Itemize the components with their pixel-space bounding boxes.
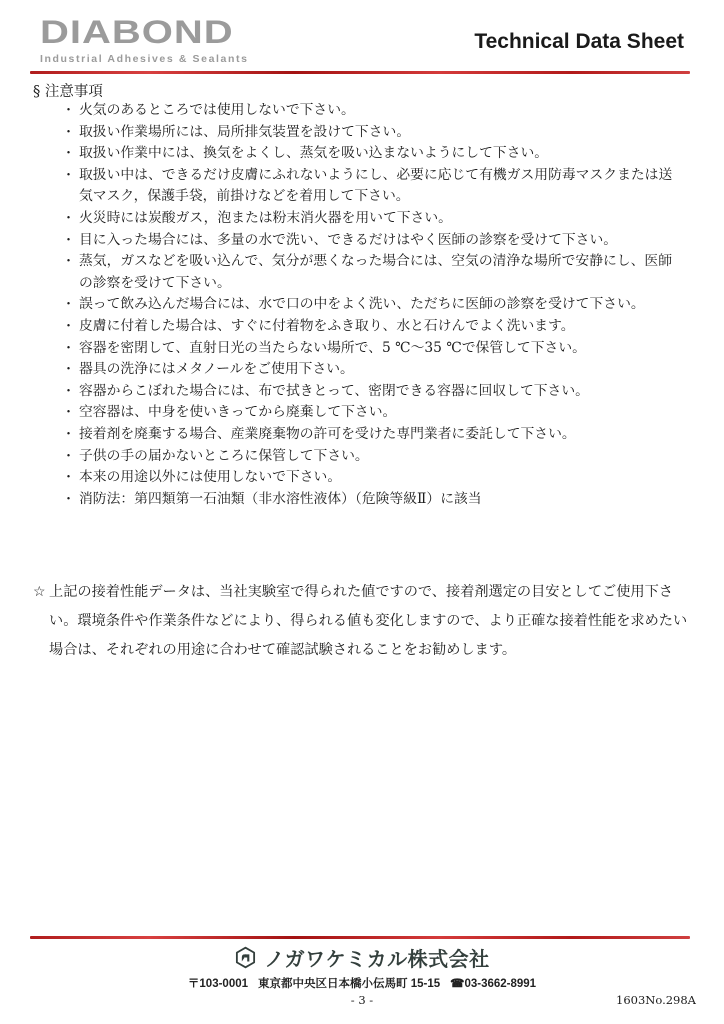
list-item: ・目に入った場合には、多量の水で洗い、できるだけはやく医師の診察を受けて下さい。 [62,230,678,252]
header-divider-rule [30,71,690,74]
list-item-text: 接着剤を廃棄する場合、産業廃棄物の許可を受けた専門業者に委託して下さい。 [79,426,576,442]
list-item-text: 空容器は、中身を使いきってから廃棄して下さい。 [79,404,396,420]
list-item: ・器具の洗浄にはメタノールをご使用下さい。 [62,359,678,381]
advisory-note-text: 上記の接着性能データは、当社実験室で得られた値ですので、接着剤選定の目安としてご… [33,578,695,665]
list-item: ・火気のあるところでは使用しないで下さい。 [62,100,678,122]
diabond-logo-tagline: Industrial Adhesives & Sealants [40,53,249,65]
list-item-text: 子供の手の届かないところに保管して下さい。 [79,448,369,464]
bullet-dot: ・ [62,294,75,316]
list-item-text: 取扱い作業中には、換気をよくし、蒸気を吸い込まないようにして下さい。 [79,145,548,161]
bullet-dot: ・ [62,165,75,187]
list-item-text: 誤って飲み込んだ場合には、水で口の中をよく洗い、ただちに医師の診察を受けて下さい… [79,296,645,312]
document-number: 1603No.298A [616,993,696,1007]
diabond-logo: DIABOND Industrial Adhesives & Sealants [40,16,249,65]
list-item-text: 火気のあるところでは使用しないで下さい。 [79,102,355,118]
bullet-dot: ・ [62,424,75,446]
bullet-dot: ・ [62,402,75,424]
street-address: 東京都中央区日本橋小伝馬町 15-15 [258,978,440,990]
list-item-text: 消防法：第四類第一石油類（非水溶性液体）（危険等級Ⅱ）に該当 [79,491,482,507]
footer-company-row: ノガワケミカル株式会社 [0,943,724,972]
list-item: ・蒸気，ガスなどを吸い込んで、気分が悪くなった場合には、空気の清浄な場所で安静に… [62,251,678,294]
list-item: ・火災時には炭酸ガス，泡または粉末消火器を用いて下さい。 [62,208,678,230]
list-item: ・本来の用途以外には使用しないで下さい。 [62,467,678,489]
list-item: ・誤って飲み込んだ場合には、水で口の中をよく洗い、ただちに医師の診察を受けて下さ… [62,294,678,316]
nogawa-hexagon-logo-icon [234,946,257,969]
list-item-text: 取扱い作業場所には、局所排気装置を設けて下さい。 [79,124,410,140]
bullet-dot: ・ [62,316,75,338]
footer-company-name: ノガワケミカル株式会社 [264,943,489,972]
list-item: ・消防法：第四類第一石油類（非水溶性液体）（危険等級Ⅱ）に該当 [62,489,678,511]
star-marker-icon: ☆ [33,578,46,607]
technical-data-sheet-page: DIABOND Industrial Adhesives & Sealants … [0,0,724,1024]
bullet-dot: ・ [62,467,75,489]
list-item: ・皮膚に付着した場合は、すぐに付着物をふき取り、水と石けんでよく洗います。 [62,316,678,338]
footer-divider-rule [30,936,690,939]
list-item: ・接着剤を廃棄する場合、産業廃棄物の許可を受けた専門業者に委託して下さい。 [62,424,678,446]
phone-icon: ☎ [450,978,464,990]
list-item-text: 容器を密閉して、直射日光の当たらない場所で、5 ℃～35 ℃で保管して下さい。 [79,340,586,356]
list-item-text: 皮膚に付着した場合は、すぐに付着物をふき取り、水と石けんでよく洗います。 [79,318,575,334]
postal-code: 103-0001 [199,978,248,990]
list-item: ・取扱い作業場所には、局所排気装置を設けて下さい。 [62,122,678,144]
list-item: ・取扱い作業中には、換気をよくし、蒸気を吸い込まないようにして下さい。 [62,143,678,165]
bullet-dot: ・ [62,143,75,165]
list-item-text: 容器からこぼれた場合には、布で拭きとって、密閉できる容器に回収して下さい。 [79,383,589,399]
list-item-text: 本来の用途以外には使用しないで下さい。 [79,469,341,485]
list-item: ・容器を密閉して、直射日光の当たらない場所で、5 ℃～35 ℃で保管して下さい。 [62,338,678,360]
list-item-text: 火災時には炭酸ガス，泡または粉末消火器を用いて下さい。 [79,210,452,226]
bullet-dot: ・ [62,251,75,273]
bullet-dot: ・ [62,208,75,230]
bullet-dot: ・ [62,100,75,122]
bullet-dot: ・ [62,446,75,468]
list-item: ・取扱い中は、できるだけ皮膚にふれないようにし、必要に応じて有機ガス用防毒マスク… [62,165,678,208]
list-item-text: 目に入った場合には、多量の水で洗い、できるだけはやく医師の診察を受けて下さい。 [79,232,617,248]
list-item: ・容器からこぼれた場合には、布で拭きとって、密閉できる容器に回収して下さい。 [62,381,678,403]
list-item-text: 蒸気，ガスなどを吸い込んで、気分が悪くなった場合には、空気の清浄な場所で安静にし… [79,253,672,291]
list-item: ・空容器は、中身を使いきってから廃棄して下さい。 [62,402,678,424]
bullet-dot: ・ [62,230,75,252]
phone-number: 03-3662-8991 [464,978,536,990]
bullet-dot: ・ [62,338,75,360]
precautions-list: ・火気のあるところでは使用しないで下さい。・取扱い作業場所には、局所排気装置を設… [62,100,678,510]
bullet-dot: ・ [62,359,75,381]
diabond-logo-wordmark: DIABOND [40,16,249,49]
section-title-precautions: § 注意事項 [33,80,103,101]
postal-mark-icon: 〒 [188,978,200,990]
list-item: ・子供の手の届かないところに保管して下さい。 [62,446,678,468]
advisory-note: ☆ 上記の接着性能データは、当社実験室で得られた値ですので、接着剤選定の目安とし… [33,578,695,665]
bullet-dot: ・ [62,122,75,144]
list-item-text: 器具の洗浄にはメタノールをご使用下さい。 [79,361,354,377]
list-item-text: 取扱い中は、できるだけ皮膚にふれないようにし、必要に応じて有機ガス用防毒マスクま… [79,167,672,205]
document-title: Technical Data Sheet [474,30,684,54]
footer-address-line: 〒103-0001東京都中央区日本橋小伝馬町 15-15☎03-3662-899… [0,975,724,991]
bullet-dot: ・ [62,489,75,511]
bullet-dot: ・ [62,381,75,403]
